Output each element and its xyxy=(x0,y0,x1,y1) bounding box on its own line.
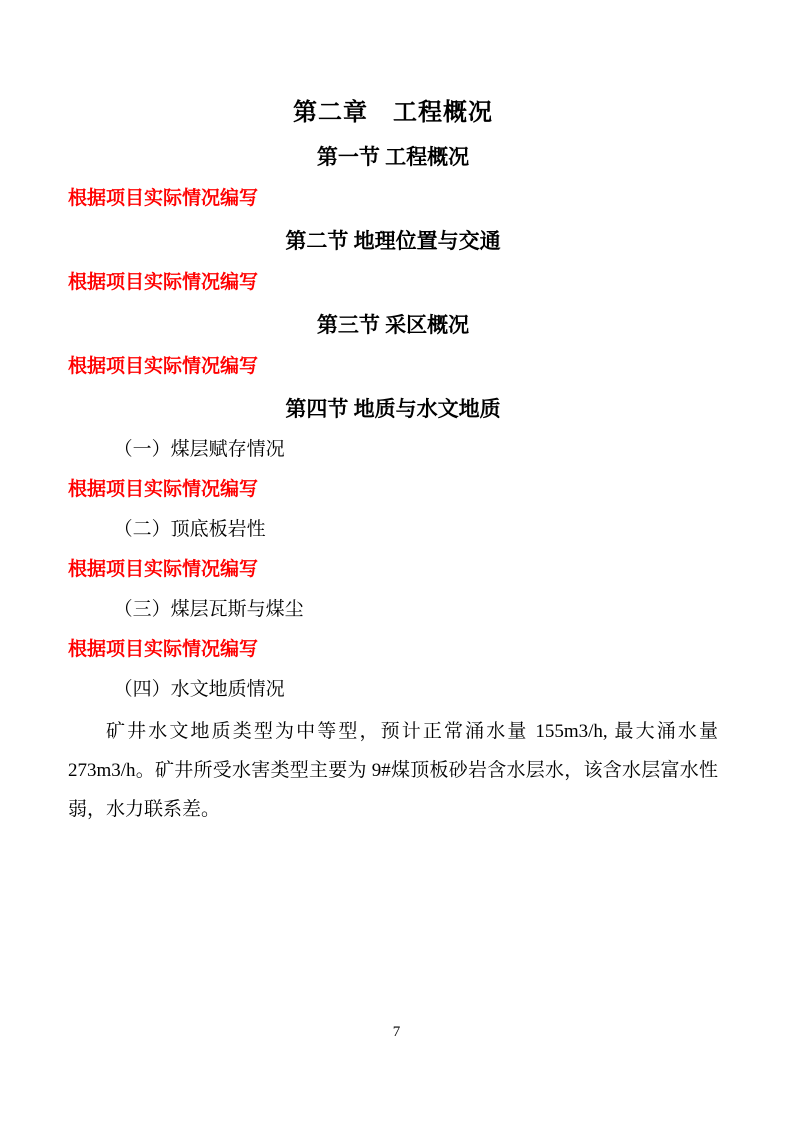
placeholder-note-4: 根据项目实际情况编写 xyxy=(68,470,718,510)
placeholder-note-3: 根据项目实际情况编写 xyxy=(68,346,718,388)
subsection-2-title: （二）顶底板岩性 xyxy=(68,510,718,550)
section-3-heading: 第三节 采区概况 xyxy=(68,304,718,346)
chapter-heading: 第二章 工程概况 xyxy=(68,90,718,136)
section-2-heading: 第二节 地理位置与交通 xyxy=(68,220,718,262)
subsection-1-title: （一）煤层赋存情况 xyxy=(68,430,718,470)
section-4-heading: 第四节 地质与水文地质 xyxy=(68,388,718,430)
subsection-3-title: （三）煤层瓦斯与煤尘 xyxy=(68,590,718,630)
page-number: 7 xyxy=(0,1024,793,1041)
placeholder-note-2: 根据项目实际情况编写 xyxy=(68,262,718,304)
placeholder-note-6: 根据项目实际情况编写 xyxy=(68,630,718,670)
section-1-heading: 第一节 工程概况 xyxy=(68,136,718,178)
placeholder-note-5: 根据项目实际情况编写 xyxy=(68,550,718,590)
document-page: 第二章 工程概况 第一节 工程概况 根据项目实际情况编写 第二节 地理位置与交通… xyxy=(0,0,793,1122)
hydrogeology-paragraph: 矿井水文地质类型为中等型，预计正常涌水量 155m3/h, 最大涌水量 273m… xyxy=(68,712,718,829)
placeholder-note-1: 根据项目实际情况编写 xyxy=(68,178,718,220)
subsection-4-title: （四）水文地质情况 xyxy=(68,670,718,710)
